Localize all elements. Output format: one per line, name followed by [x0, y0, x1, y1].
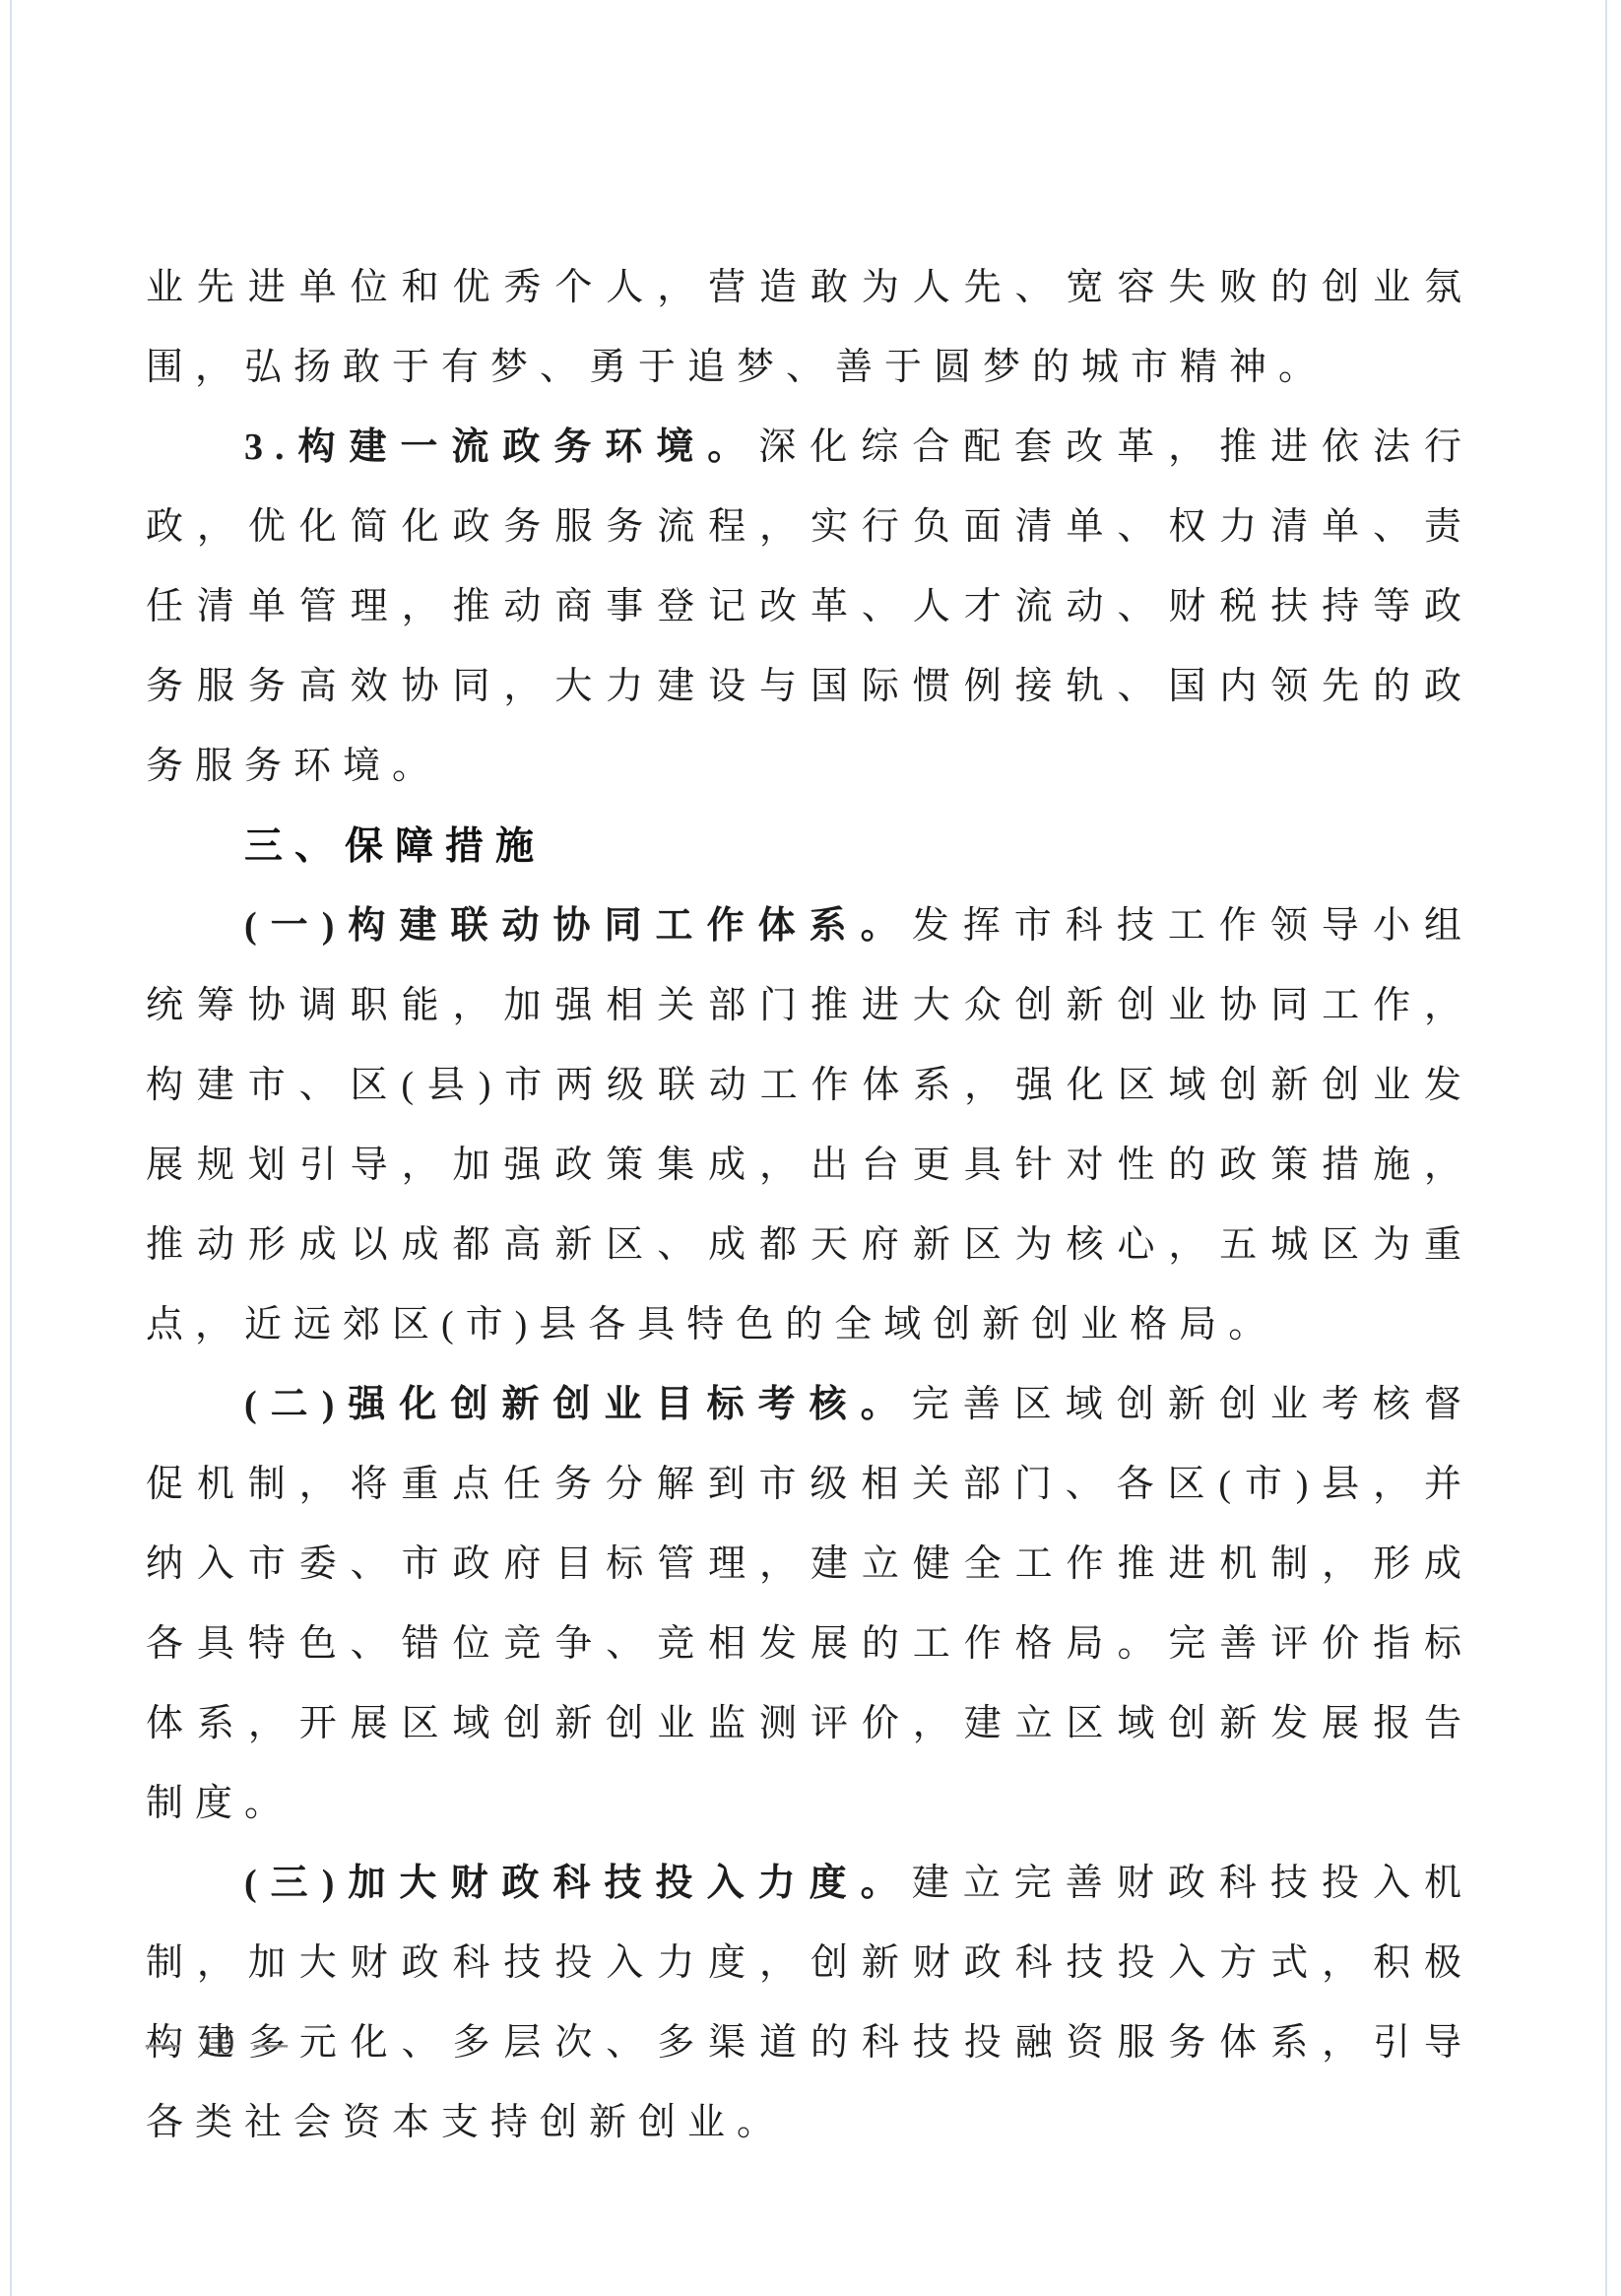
paragraph-point-3: 3.构建一流政务环境。深化综合配套改革，推进依法行政，优化简化政务服务流程，实行…	[146, 408, 1473, 807]
paragraph-measure-2: (二)强化创新创业目标考核。完善区域创新创业考核督促机制，将重点任务分解到市级相…	[146, 1365, 1473, 1844]
paragraph-measure-1-body: 发挥市科技工作领导小组统筹协调职能，加强相关部门推进大众创新创业协同工作，构建市…	[146, 905, 1473, 1345]
paragraph-measure-1-lead: (一)构建联动协同工作体系。	[244, 905, 912, 947]
paragraph-measure-3-lead: (三)加大财政科技投入力度。	[244, 1863, 912, 1904]
page-number-dash-left: —	[146, 2025, 181, 2062]
document-body: 业先进单位和优秀个人，营造敢为人先、宽容失败的创业氛围，弘扬敢于有梦、勇于追梦、…	[146, 248, 1473, 2163]
scan-edge-line-right	[1605, 0, 1607, 2296]
paragraph-measure-3: (三)加大财政科技投入力度。建立完善财政科技投入机制，加大财政科技投入力度，创新…	[146, 1844, 1473, 2163]
paragraph-measure-1: (一)构建联动协同工作体系。发挥市科技工作领导小组统筹协调职能，加强相关部门推进…	[146, 886, 1473, 1365]
paragraph-continuation: 业先进单位和优秀个人，营造敢为人先、宽容失败的创业氛围，弘扬敢于有梦、勇于追梦、…	[146, 248, 1473, 408]
paragraph-measure-2-body: 完善区域创新创业考核督促机制，将重点任务分解到市级相关部门、各区(市)县，并纳入…	[146, 1384, 1473, 1824]
document-page: 业先进单位和优秀个人，营造敢为人先、宽容失败的创业氛围，弘扬敢于有梦、勇于追梦、…	[0, 0, 1621, 2296]
paragraph-point-3-lead: 3.构建一流政务环境。	[244, 426, 758, 468]
page-number-dash-right: —	[254, 2025, 290, 2062]
page-number: —10—	[146, 2025, 290, 2063]
scan-edge-line-left	[10, 0, 12, 2296]
paragraph-measure-2-lead: (二)强化创新创业目标考核。	[244, 1384, 912, 1425]
section-heading: 三、保障措施	[146, 807, 1473, 886]
paragraph-measure-3-body: 建立完善财政科技投入机制，加大财政科技投入力度，创新财政科技投入方式，积极构建多…	[146, 1863, 1473, 2143]
page-number-value: 10	[199, 2025, 236, 2062]
paragraph-point-3-body: 深化综合配套改革，推进依法行政，优化简化政务服务流程，实行负面清单、权力清单、责…	[146, 426, 1473, 787]
